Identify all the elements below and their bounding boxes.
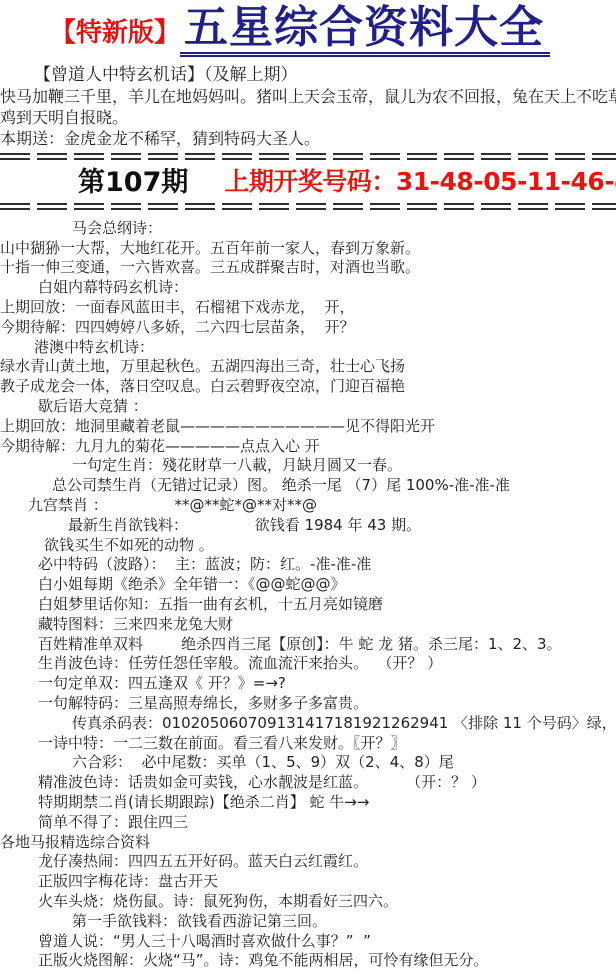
text-line: 欲钱买生不如死的动物 。 <box>0 536 616 556</box>
text-line: 特期期禁二肖(请长期跟踪)【绝杀二肖】 蛇 牛→→ <box>0 793 616 813</box>
intro-line: 鸡到天明自报晓。 <box>0 107 616 128</box>
text-line: 白姐内幕特码玄机诗： <box>0 278 616 298</box>
text-line: 九宫禁肖 ： **@**蛇*@**对**@ <box>0 496 616 516</box>
text-line: 第一手欲钱料：欲钱看西游记第三回。 <box>0 912 616 932</box>
text-line: 港澳中特玄机诗： <box>0 338 616 358</box>
text-line: 一句定生肖：殘花財草一八載，月缺月圆又一春。 <box>0 456 616 476</box>
intro-line: 本期送：金虎金龙不稀罕，猜到特码大圣人。 <box>0 128 616 149</box>
issue-number: 第107期 <box>78 160 188 199</box>
text-line: 总公司禁生肖（无错过记录）图。 绝杀一尾 （7）尾 100%-准-准-准 <box>0 476 616 496</box>
text-line: 今期待解：四四娉婷八多娇，二六四七层苗条， 开？ <box>0 318 616 338</box>
draw-numbers: 上期开奖号码：31-48-05-11-46-40+22 <box>224 162 616 198</box>
text-line: 教子成龙会一体，落日空叹息。白云碧野夜空凉，门迎百福艳 <box>0 377 616 397</box>
text-line: 简单不得了：跟住四三 <box>0 813 616 833</box>
text-line: 一句解特码：三星高照寿绵长，多财多子多富贵。 <box>0 694 616 714</box>
edition-tag: 【特新版】 <box>50 12 180 57</box>
text-line: 马会总纲诗： <box>0 219 616 239</box>
text-line: 生肖波色诗：任劳任怨任宰般。流血流汗来抬头。 （开？ ） <box>0 654 616 674</box>
text-line: 白姐梦里话你知：五指一曲有玄机，十五月亮如镜磨 <box>0 595 616 615</box>
text-line: 精准波色诗：话贵如金可卖钱，心水靓波是红蓝。 （开：？ ） <box>0 773 616 793</box>
text-line: 一句定单双：四五逢双《 开？》=→? <box>0 674 616 694</box>
text-line: 传真杀码表：010205060709131417181921262941 〈排除… <box>0 714 616 734</box>
text-line: 上期回放：地洞里藏着老鼠———————————见不得阳光开 <box>0 417 616 437</box>
text-line: 今期待解：九月九的菊花—————点点入心 开 <box>0 437 616 457</box>
text-line: 百姓精准单双料 绝杀四肖三尾【原创】：牛 蛇 龙 猪。杀三尾：1、2、3。 <box>0 635 616 655</box>
text-line: 最新生肖欲钱料： 欲钱看 1984 年 43 期。 <box>0 516 616 536</box>
text-line: 必中特码（波路）： 主：蓝波；防：红。-准-准-准 <box>0 555 616 575</box>
text-line: 各地马报精选综合资料 <box>0 833 616 853</box>
text-line: 一诗中特：一二三数在前面。看三看八来发财。〖开？〗 <box>0 734 616 754</box>
text-line: 六合彩： 必中尾数：买单（1、5、9）双（2、4、8）尾 <box>0 753 616 773</box>
page: 【特新版】 五星综合资料大全 【曾道人中特玄机话】（及解上期） 快马加鞭三千里，… <box>0 0 616 976</box>
text-line: 正版四字梅花诗：盘古开天 <box>0 872 616 892</box>
content-lines: 马会总纲诗：山中猢狲一大帮，大地红花开。五百年前一家人，春到万象新。十指一伸三变… <box>0 219 616 971</box>
text-line: 藏特图料：三来四来龙兔大财 <box>0 615 616 635</box>
text-line: 曾道人说：“男人三十八喝酒时喜欢做什么事？” ” <box>0 932 616 952</box>
intro-paragraph: 快马加鞭三千里，羊儿在地妈妈叫。猪叫上天会玉帝，鼠儿为农不回报，兔在天上不吃草，… <box>0 86 616 149</box>
text-line: 山中猢狲一大帮，大地红花开。五百年前一家人，春到万象新。 <box>0 239 616 259</box>
text-line: 白小姐每期《绝杀》全年错一：《@@蛇@@》 <box>0 575 616 595</box>
text-line: 火车头烧：烧伤鼠。诗：鼠死狗伤，本期看好三四六。 <box>0 892 616 912</box>
period-bar: 第107期 上期开奖号码：31-48-05-11-46-40+22 <box>0 161 616 199</box>
text-line: 歇后语大竞猜 ： <box>0 397 616 417</box>
intro-line: 快马加鞭三千里，羊儿在地妈妈叫。猪叫上天会玉帝，鼠儿为农不回报，兔在天上不吃草， <box>0 86 616 107</box>
subtitle: 【曾道人中特玄机话】（及解上期） <box>0 60 616 85</box>
text-line: 正版火烧图解：火烧“马”。诗：鸡兔不能两相居，可怜有缘但无分。 <box>0 951 616 971</box>
text-line: 绿水青山黄土地，万里起秋色。五湖四海出三奇，壮士心飞扬 <box>0 357 616 377</box>
text-line: 龙仔凑热闹：四四五五开好码。蓝天白云红霞红。 <box>0 852 616 872</box>
divider-top <box>0 152 616 160</box>
page-title: 五星综合资料大全 <box>180 6 550 57</box>
header: 【特新版】 五星综合资料大全 <box>0 0 616 57</box>
divider-bottom <box>0 202 616 210</box>
text-line: 上期回放：一面春风蓝田丰，石榴裙下戏赤龙， 开， <box>0 298 616 318</box>
text-line: 十指一伸三变通，一六皆欢喜。三五成群聚吉时，对酒也当歌。 <box>0 258 616 278</box>
